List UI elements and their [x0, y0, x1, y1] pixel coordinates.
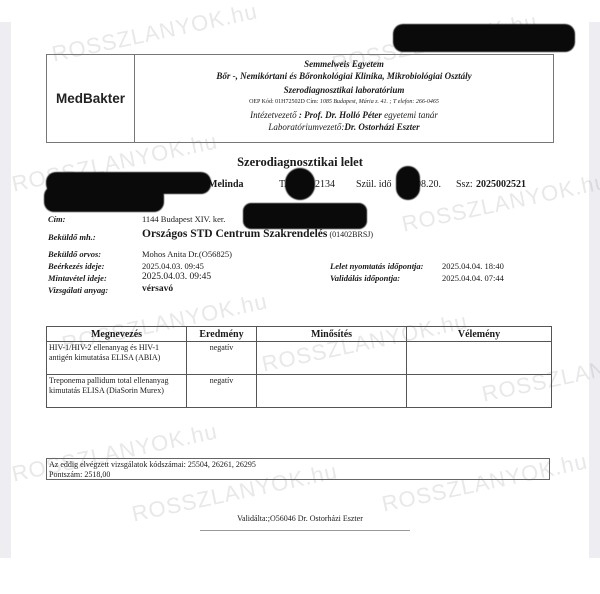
director-label: Intézetvezető	[250, 110, 296, 120]
test-rating	[257, 375, 407, 408]
clinic-name: Bőr -, Nemikórtani és Bőronkológiai Klin…	[135, 70, 553, 82]
oep-code: OEP Kód: 01H72502D	[249, 99, 305, 105]
sender-unit: Országos STD Centrum Szakrendelés (01402…	[142, 228, 373, 240]
sampling-label: Mintavétel ideje:	[48, 273, 107, 283]
taj-value: 2134	[315, 179, 335, 190]
sender-unit-label: Beküldő mh.:	[48, 232, 96, 242]
exam-codes: Az eddig elvégzett vizsgálatok kódszámai…	[49, 460, 547, 470]
test-rating	[257, 342, 407, 375]
print-time-value: 2025.04.04. 18:40	[442, 261, 504, 271]
results-table: Megnevezés Eredmény Minősítés Vélemény H…	[46, 326, 552, 408]
ssz-value: 2025002521	[476, 179, 526, 190]
lab-header: MedBakter Semmelweis Egyetem Bőr -, Nemi…	[46, 54, 554, 143]
oep-address-line: OEP Kód: 01H72502D Cím: 1085 Budapest, M…	[135, 96, 553, 109]
address-value: 1144 Budapest XIV. ker.	[142, 214, 225, 224]
signature-line	[200, 530, 410, 531]
arrival-label: Beérkezés ideje:	[48, 261, 104, 271]
address-label: Cím:	[48, 214, 65, 224]
material-value: vérsavó	[142, 284, 173, 294]
redaction-mark	[285, 168, 315, 200]
lab-head-label: Laboratóriumvezető:	[268, 122, 344, 132]
ssz-label: Ssz:	[456, 179, 473, 190]
material-label: Vizsgálati anyag:	[48, 285, 108, 295]
table-row: HIV-1/HIV-2 ellenanyag és HIV-1 antigén …	[47, 342, 552, 375]
viewer-right-edge	[589, 22, 600, 558]
test-opinion	[407, 375, 552, 408]
col-header-result: Eredmény	[187, 327, 257, 342]
table-header-row: Megnevezés Eredmény Minősítés Vélemény	[47, 327, 552, 342]
redaction-mark	[243, 203, 367, 229]
validation-time-label: Validálás időpontja:	[330, 273, 400, 283]
sender-doctor-value: Mohos Anita Dr.(O56825)	[142, 249, 232, 259]
test-name: HIV-1/HIV-2 ellenanyag és HIV-1 antigén …	[47, 342, 187, 375]
sender-doctor-label: Beküldő orvos:	[48, 249, 101, 259]
patient-name: Melinda	[208, 179, 244, 190]
director-name: : Prof. Dr. Holló Péter	[299, 110, 382, 120]
summary-box: Az eddig elvégzett vizsgálatok kódszámai…	[46, 458, 550, 480]
col-header-opinion: Vélemény	[407, 327, 552, 342]
university-name: Semmelweis Egyetem	[135, 58, 553, 70]
validated-by: Validálta:;O56046 Dr. Ostorházi Eszter	[0, 514, 600, 523]
sender-unit-code: (01402BRSJ)	[330, 230, 374, 239]
viewer-left-edge	[0, 22, 11, 558]
sampling-value: 2025.04.03. 09:45	[142, 272, 211, 282]
test-name: Treponema pallidum total ellenanyag kimu…	[47, 375, 187, 408]
sender-unit-value: Országos STD Centrum Szakrendelés	[142, 228, 327, 240]
institution-info: Semmelweis Egyetem Bőr -, Nemikórtani és…	[135, 55, 553, 142]
address-label: Cím:	[306, 99, 318, 105]
redaction-mark	[44, 186, 164, 212]
lab-head-line: Laboratóriumvezető:Dr. Ostorházi Eszter	[135, 121, 553, 133]
test-result: negatív	[187, 342, 257, 375]
print-time-label: Lelet nyomtatás időpontja:	[330, 261, 424, 271]
director-line: Intézetvezető : Prof. Dr. Holló Péter eg…	[135, 109, 553, 121]
col-header-name: Megnevezés	[47, 327, 187, 342]
test-result: negatív	[187, 375, 257, 408]
table-row: Treponema pallidum total ellenanyag kimu…	[47, 375, 552, 408]
arrival-value: 2025.04.03. 09:45	[142, 261, 204, 271]
redaction-mark	[393, 24, 575, 52]
col-header-rating: Minősítés	[257, 327, 407, 342]
lab-address: 1085 Budapest, Mária z. 41. ; T elefon: …	[320, 99, 439, 105]
director-title: egyetemi tanár	[384, 110, 438, 120]
laboratory-name: Szerodiagnosztikai laboratórium	[135, 84, 553, 96]
validation-time-value: 2025.04.04. 07:44	[442, 273, 504, 283]
birth-label: Szül. idő	[356, 179, 392, 190]
brand-logo-text: MedBakter	[47, 55, 135, 142]
test-opinion	[407, 342, 552, 375]
lab-head-name: Dr. Ostorházi Eszter	[344, 122, 419, 132]
points-total: Pontszám: 2518,00	[49, 470, 547, 480]
redaction-mark	[396, 166, 420, 200]
